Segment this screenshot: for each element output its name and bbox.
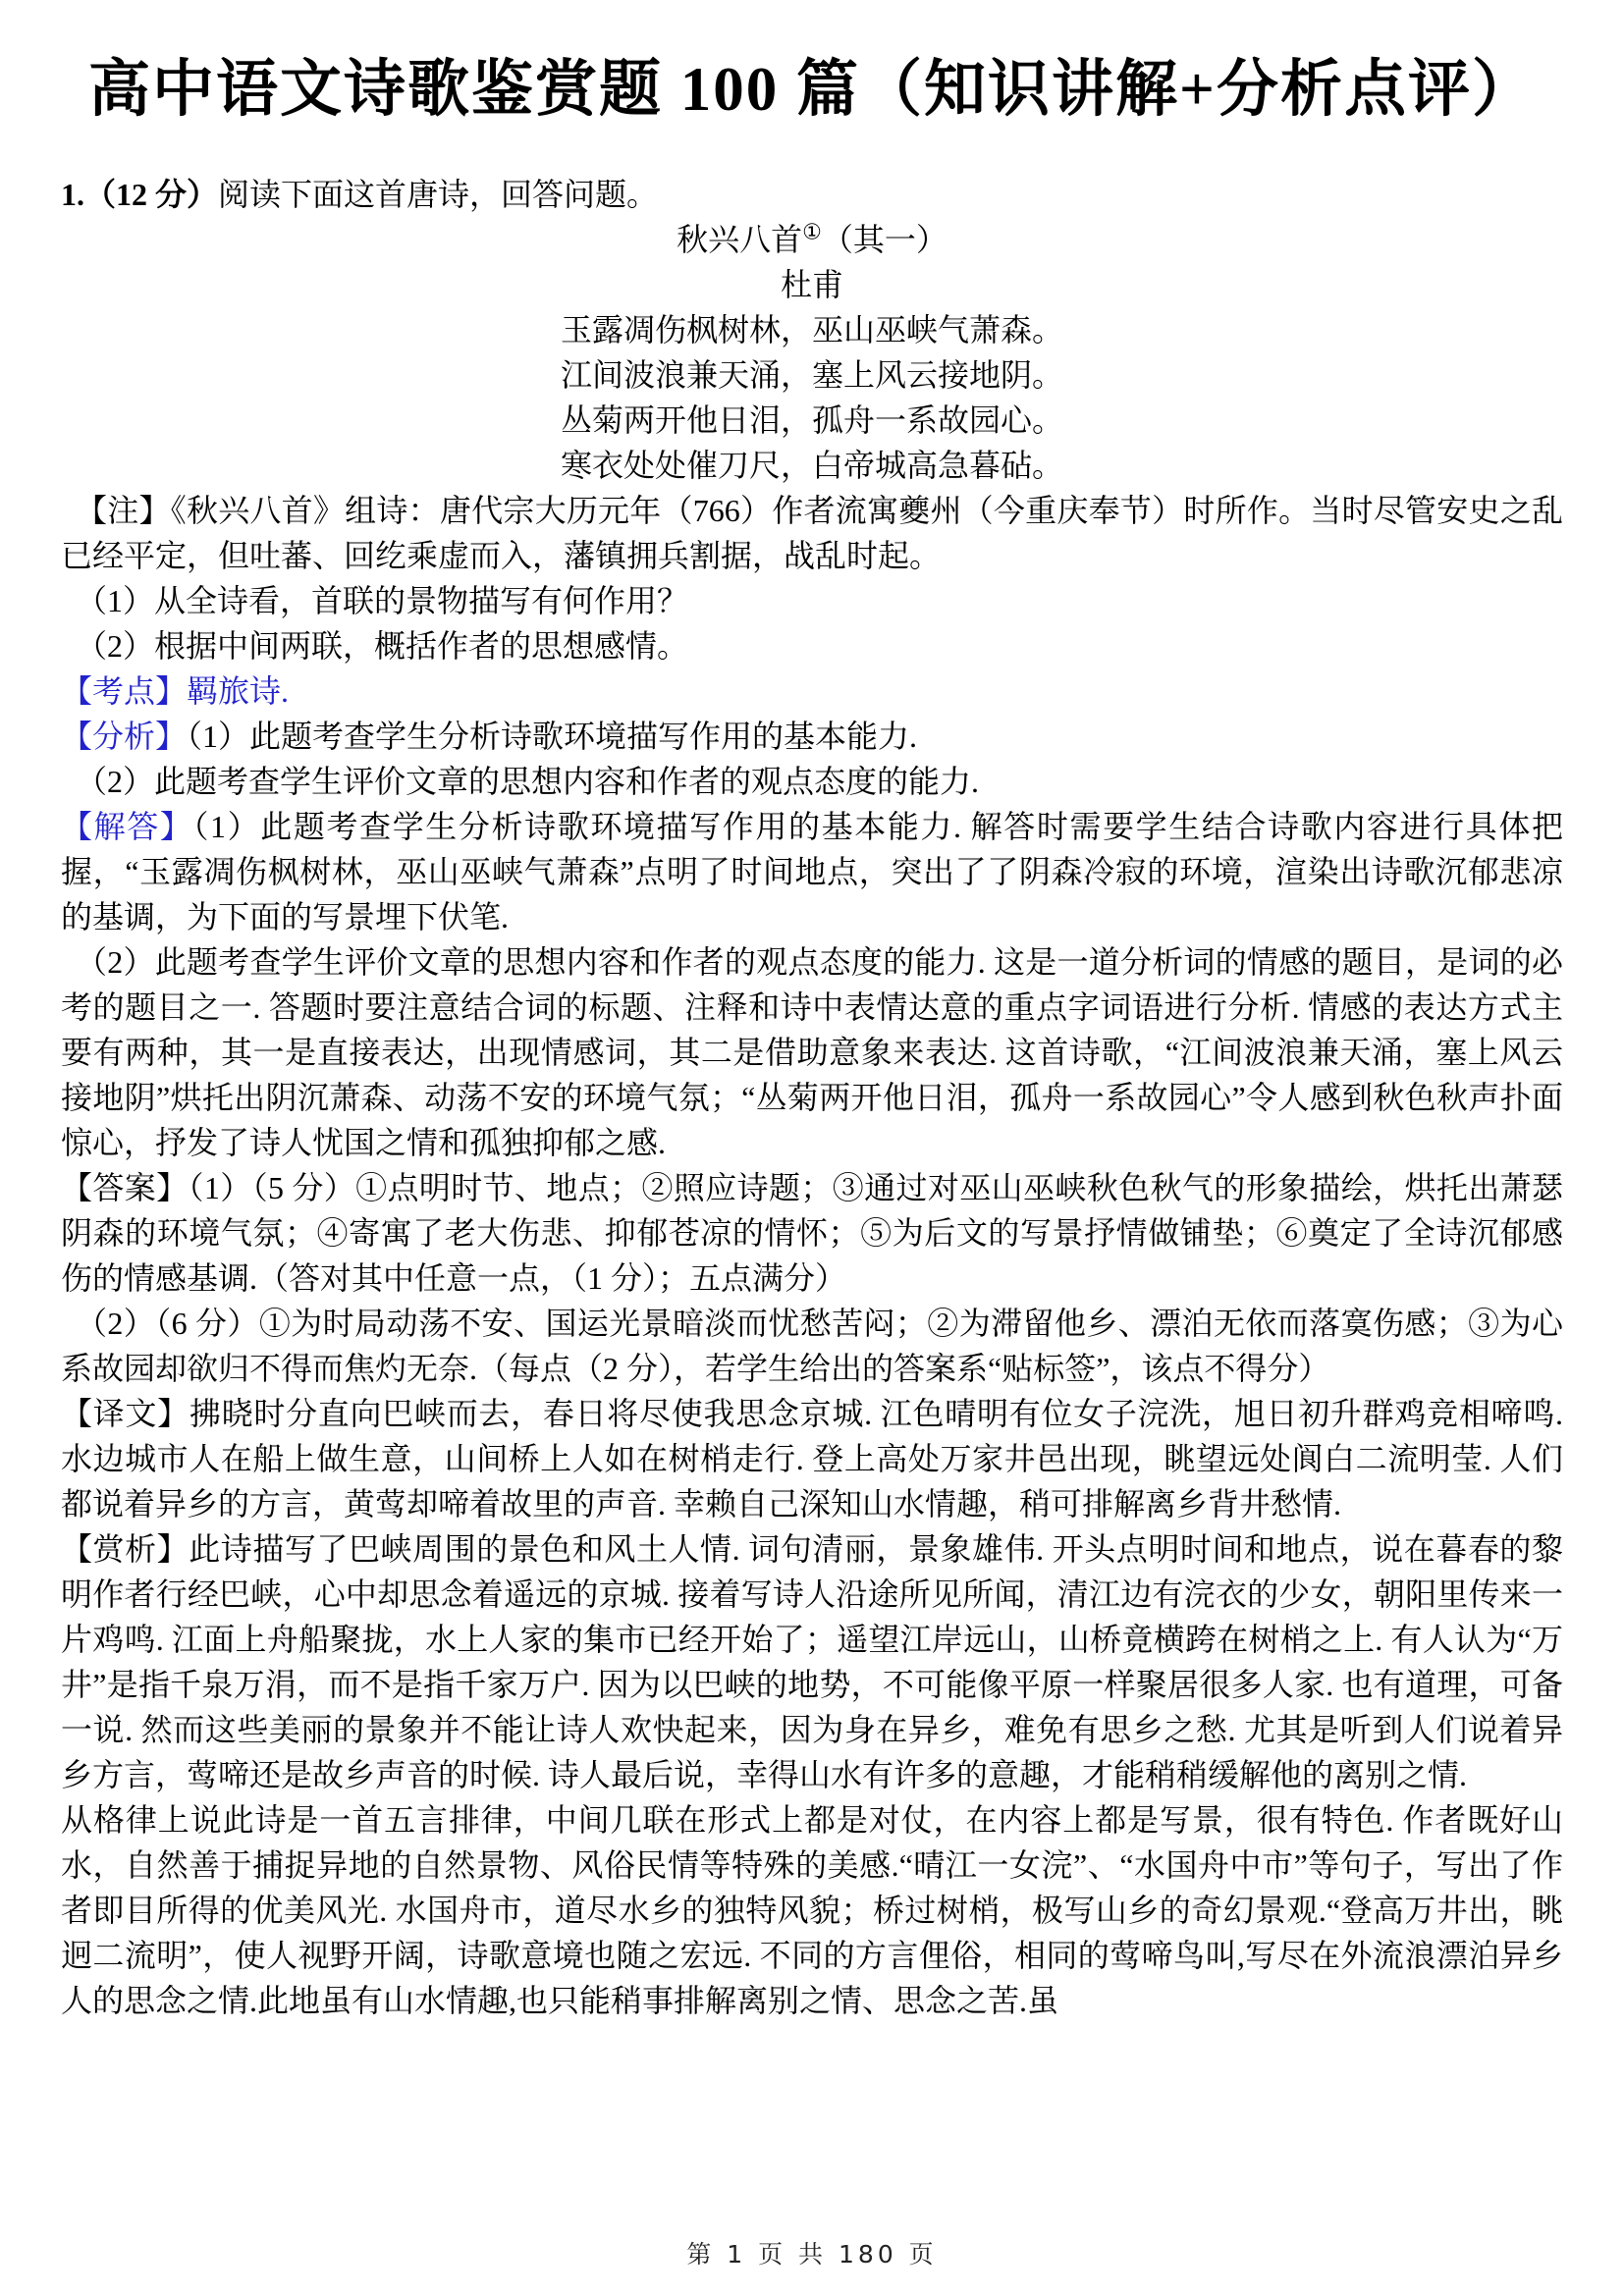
question-intro-text: 阅读下面这首唐诗，回答问题。 xyxy=(218,177,658,212)
fenxi-paragraph-2: （2）此题考查学生评价文章的思想内容和作者的观点态度的能力. xyxy=(61,759,1563,804)
yiwen-paragraph: 【译文】拂晓时分直向巴峡而去，春日将尽使我思念京城. 江色晴明有位女子浣洗，旭日… xyxy=(61,1391,1563,1526)
fenxi-label: 【分析】 xyxy=(61,719,187,754)
poem-author: 杜甫 xyxy=(61,262,1563,307)
note-label: 【注】 xyxy=(76,493,171,528)
document-page: 高中语文诗歌鉴赏题 100 篇（知识讲解+分析点评） 1.（12 分）阅读下面这… xyxy=(0,0,1624,2296)
jieda-paragraph-1: 【解答】（1）此题考查学生分析诗歌环境描写作用的基本能力. 解答时需要学生结合诗… xyxy=(61,804,1563,939)
daan-paragraph-1: 【答案】（1）（5 分）①点明时节、地点；②照应诗题；③通过对巫山巫峡秋色秋气的… xyxy=(61,1165,1563,1301)
note-paragraph: 【注】《秋兴八首》组诗：唐代宗大历元年（766）作者流寓夔州（今重庆奉节）时所作… xyxy=(61,488,1563,578)
poem-title: 秋兴八首①（其一） xyxy=(61,217,1563,262)
yiwen-label: 【译文】 xyxy=(61,1396,189,1431)
poem-title-main: 秋兴八首 xyxy=(677,222,802,257)
poem-title-rest: （其一） xyxy=(822,222,947,257)
shangxi-text-1: 此诗描写了巴峡周围的景色和风土人情. 词句清丽，景象雄伟. 开头点明时间和地点，… xyxy=(61,1531,1563,1792)
daan-text-1: （1）（5 分）①点明时节、地点；②照应诗题；③通过对巫山巫峡秋色秋气的形象描绘… xyxy=(61,1170,1563,1296)
poem-line: 寒衣处处催刀尺，白帝城高急暮砧。 xyxy=(61,443,1563,488)
poem-line: 江间波浪兼天涌，塞上风云接地阴。 xyxy=(61,352,1563,398)
kaodian-paragraph: 【考点】羁旅诗. xyxy=(61,668,1563,714)
jieda-label: 【解答】 xyxy=(61,809,192,844)
jieda-text-1: （1）此题考查学生分析诗歌环境描写作用的基本能力. 解答时需要学生结合诗歌内容进… xyxy=(61,809,1563,934)
jieda-paragraph-2: （2）此题考查学生评价文章的思想内容和作者的观点态度的能力. 这是一道分析词的情… xyxy=(61,939,1563,1165)
kaodian-text: 羁旅诗. xyxy=(187,673,289,709)
shangxi-paragraph-1: 【赏析】此诗描写了巴峡周围的景色和风土人情. 词句清丽，景象雄伟. 开头点明时间… xyxy=(61,1526,1563,1797)
sub-question-2: （2）根据中间两联，概括作者的思想感情。 xyxy=(61,623,1563,668)
note-text: 《秋兴八首》组诗：唐代宗大历元年（766）作者流寓夔州（今重庆奉节）时所作。当时… xyxy=(61,493,1563,573)
question-intro: 1.（12 分）阅读下面这首唐诗，回答问题。 xyxy=(61,172,1563,217)
daan-paragraph-2: （2）（6 分）①为时局动荡不安、国运光景暗淡而忧愁苦闷；②为滞留他乡、漂泊无依… xyxy=(61,1301,1563,1391)
shangxi-paragraph-2: 从格律上说此诗是一首五言排律，中间几联在形式上都是对仗，在内容上都是写景，很有特… xyxy=(61,1797,1563,2023)
question-number: 1.（12 分） xyxy=(61,177,218,212)
yiwen-text: 拂晓时分直向巴峡而去，春日将尽使我思念京城. 江色晴明有位女子浣洗，旭日初升群鸡… xyxy=(61,1396,1563,1522)
page-footer: 第 1 页 共 180 页 xyxy=(0,2235,1624,2270)
daan-label: 【答案】 xyxy=(61,1170,189,1205)
fenxi-text-1: （1）此题考查学生分析诗歌环境描写作用的基本能力. xyxy=(187,719,917,754)
shangxi-label: 【赏析】 xyxy=(61,1531,189,1567)
poem-line: 玉露凋伤枫树林，巫山巫峡气萧森。 xyxy=(61,307,1563,352)
fenxi-paragraph-1: 【分析】（1）此题考查学生分析诗歌环境描写作用的基本能力. xyxy=(61,714,1563,759)
sub-question-1: （1）从全诗看，首联的景物描写有何作用？ xyxy=(61,578,1563,623)
poem-line: 丛菊两开他日泪，孤舟一系故园心。 xyxy=(61,398,1563,443)
kaodian-label: 【考点】 xyxy=(61,673,187,709)
poem-note-mark: ① xyxy=(802,219,822,243)
page-title: 高中语文诗歌鉴赏题 100 篇（知识讲解+分析点评） xyxy=(61,51,1563,129)
